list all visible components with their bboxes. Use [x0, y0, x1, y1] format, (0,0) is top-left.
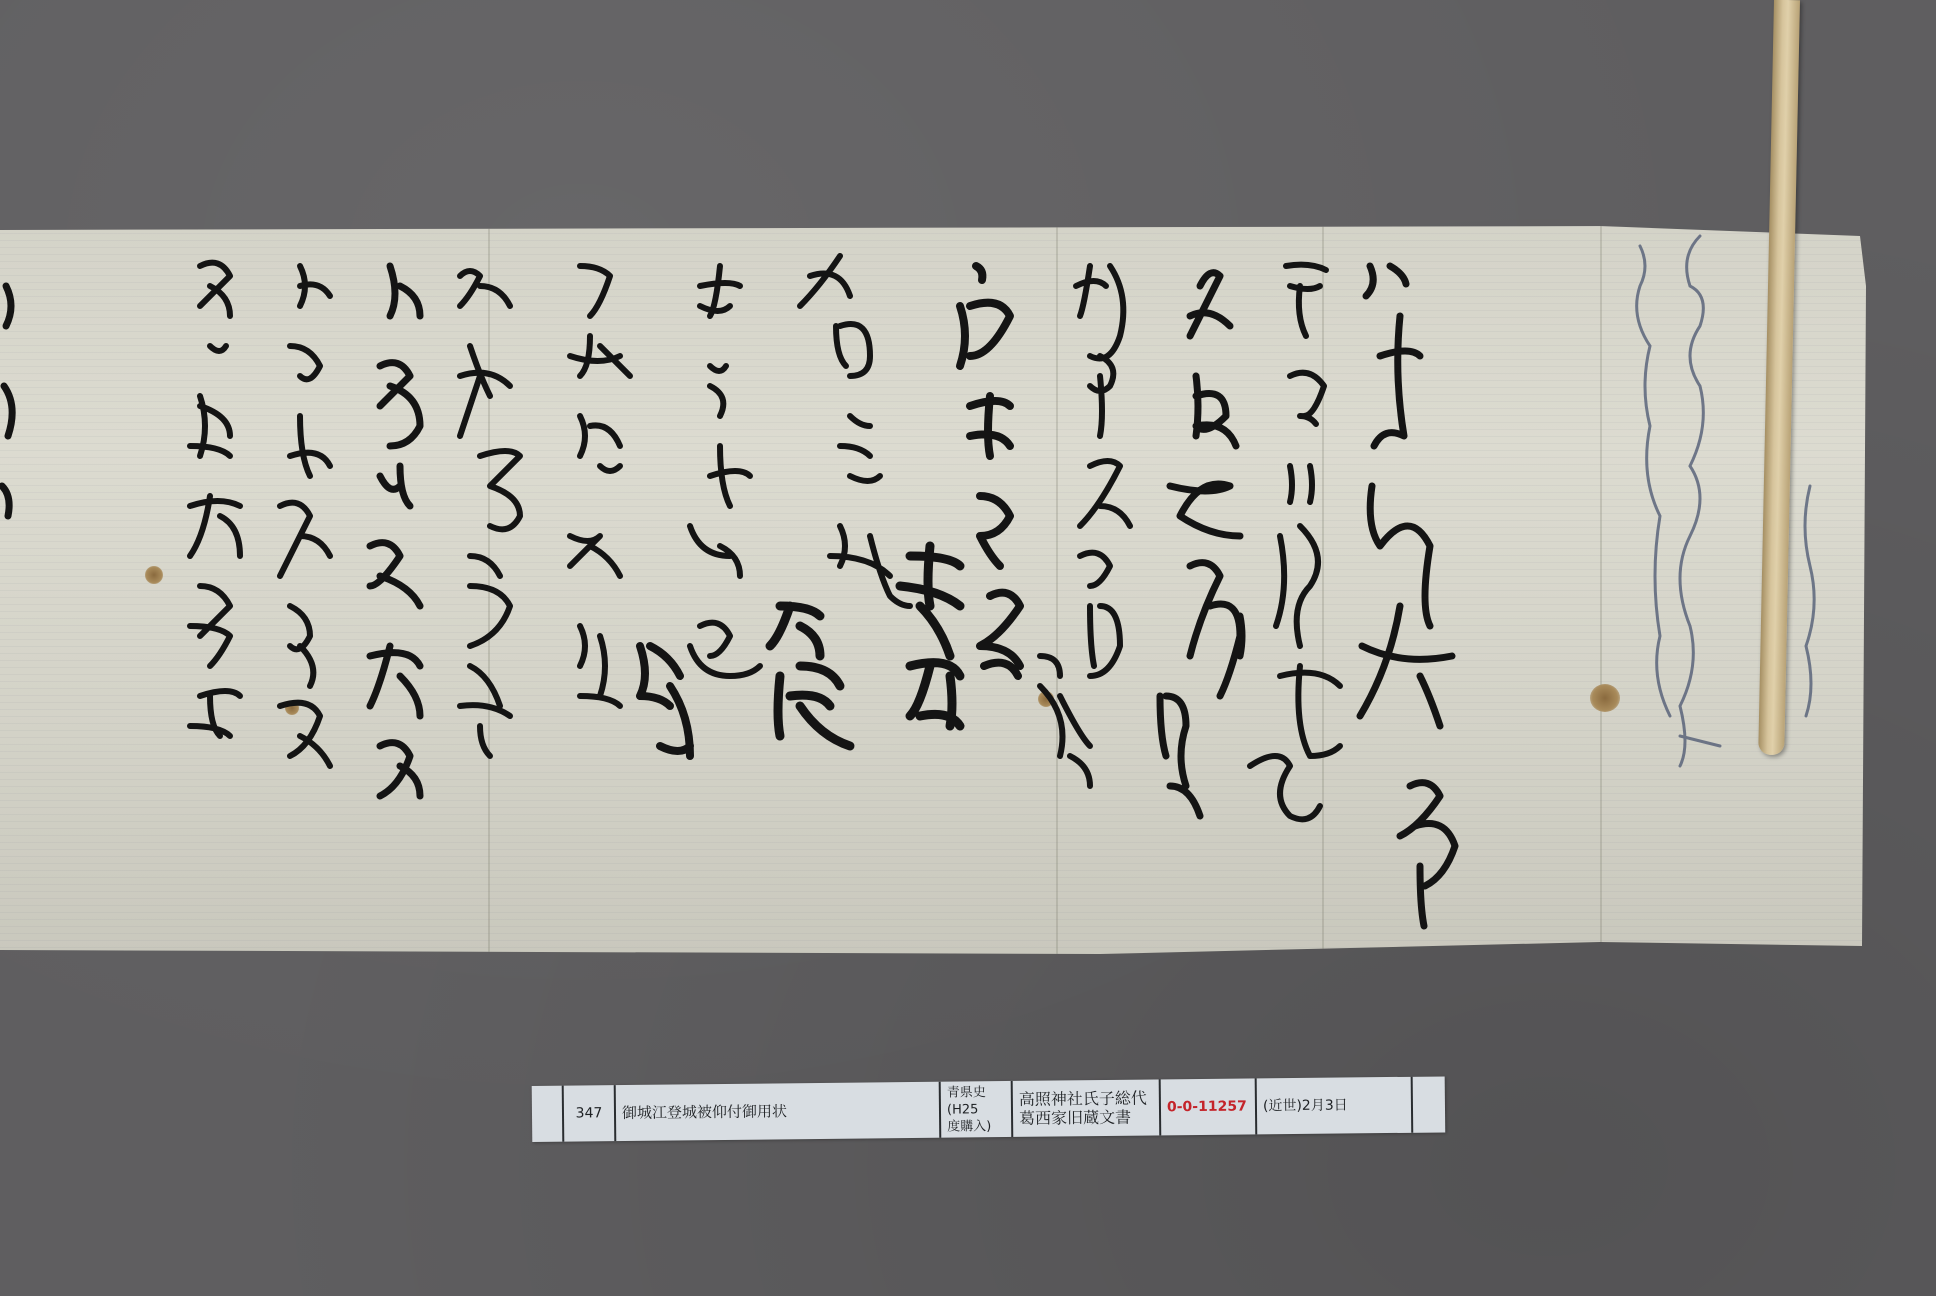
- acquisition-source-line1: 青県史(H25: [947, 1084, 1005, 1119]
- acquisition-source: 青県史(H25 度購入): [941, 1081, 1014, 1138]
- document-title: 御城江登城被仰付御用状: [616, 1082, 942, 1141]
- collection-name-line2: 葛西家旧蔵文書: [1019, 1108, 1147, 1128]
- ink-column: [900, 546, 960, 726]
- ink-column: [690, 266, 760, 676]
- ink-column: [370, 266, 420, 796]
- document-date: (近世)2月3日: [1257, 1077, 1414, 1135]
- cursive-calligraphy: [0, 226, 1866, 954]
- label-blank-cell: [1413, 1076, 1446, 1132]
- collection-name: 高照神社氏子総代 葛西家旧蔵文書: [1013, 1079, 1162, 1137]
- ink-column: [1160, 273, 1242, 816]
- label-blank-cell: [532, 1086, 565, 1142]
- ink-column: [1360, 266, 1455, 926]
- ink-column: [460, 271, 520, 756]
- ink-column: [280, 266, 330, 766]
- ink-column: [640, 646, 690, 756]
- acquisition-source-line2: 度購入): [947, 1118, 1005, 1136]
- collection-name-line1: 高照神社氏子総代: [1019, 1089, 1147, 1109]
- catalog-id: 0-0-11257: [1161, 1078, 1258, 1135]
- ink-column: [190, 263, 240, 736]
- ink-column: [960, 266, 1020, 676]
- ink-column: [770, 606, 850, 746]
- ink-column: [800, 256, 910, 606]
- ink-column: [570, 266, 630, 706]
- ink-column: [1040, 266, 1130, 786]
- ink-column: [2, 286, 12, 516]
- catalog-label: 347 御城江登城被仰付御用状 青県史(H25 度購入) 高照神社氏子総代 葛西…: [532, 1076, 1446, 1142]
- item-number: 347: [564, 1085, 617, 1142]
- ink-column: [1250, 265, 1340, 820]
